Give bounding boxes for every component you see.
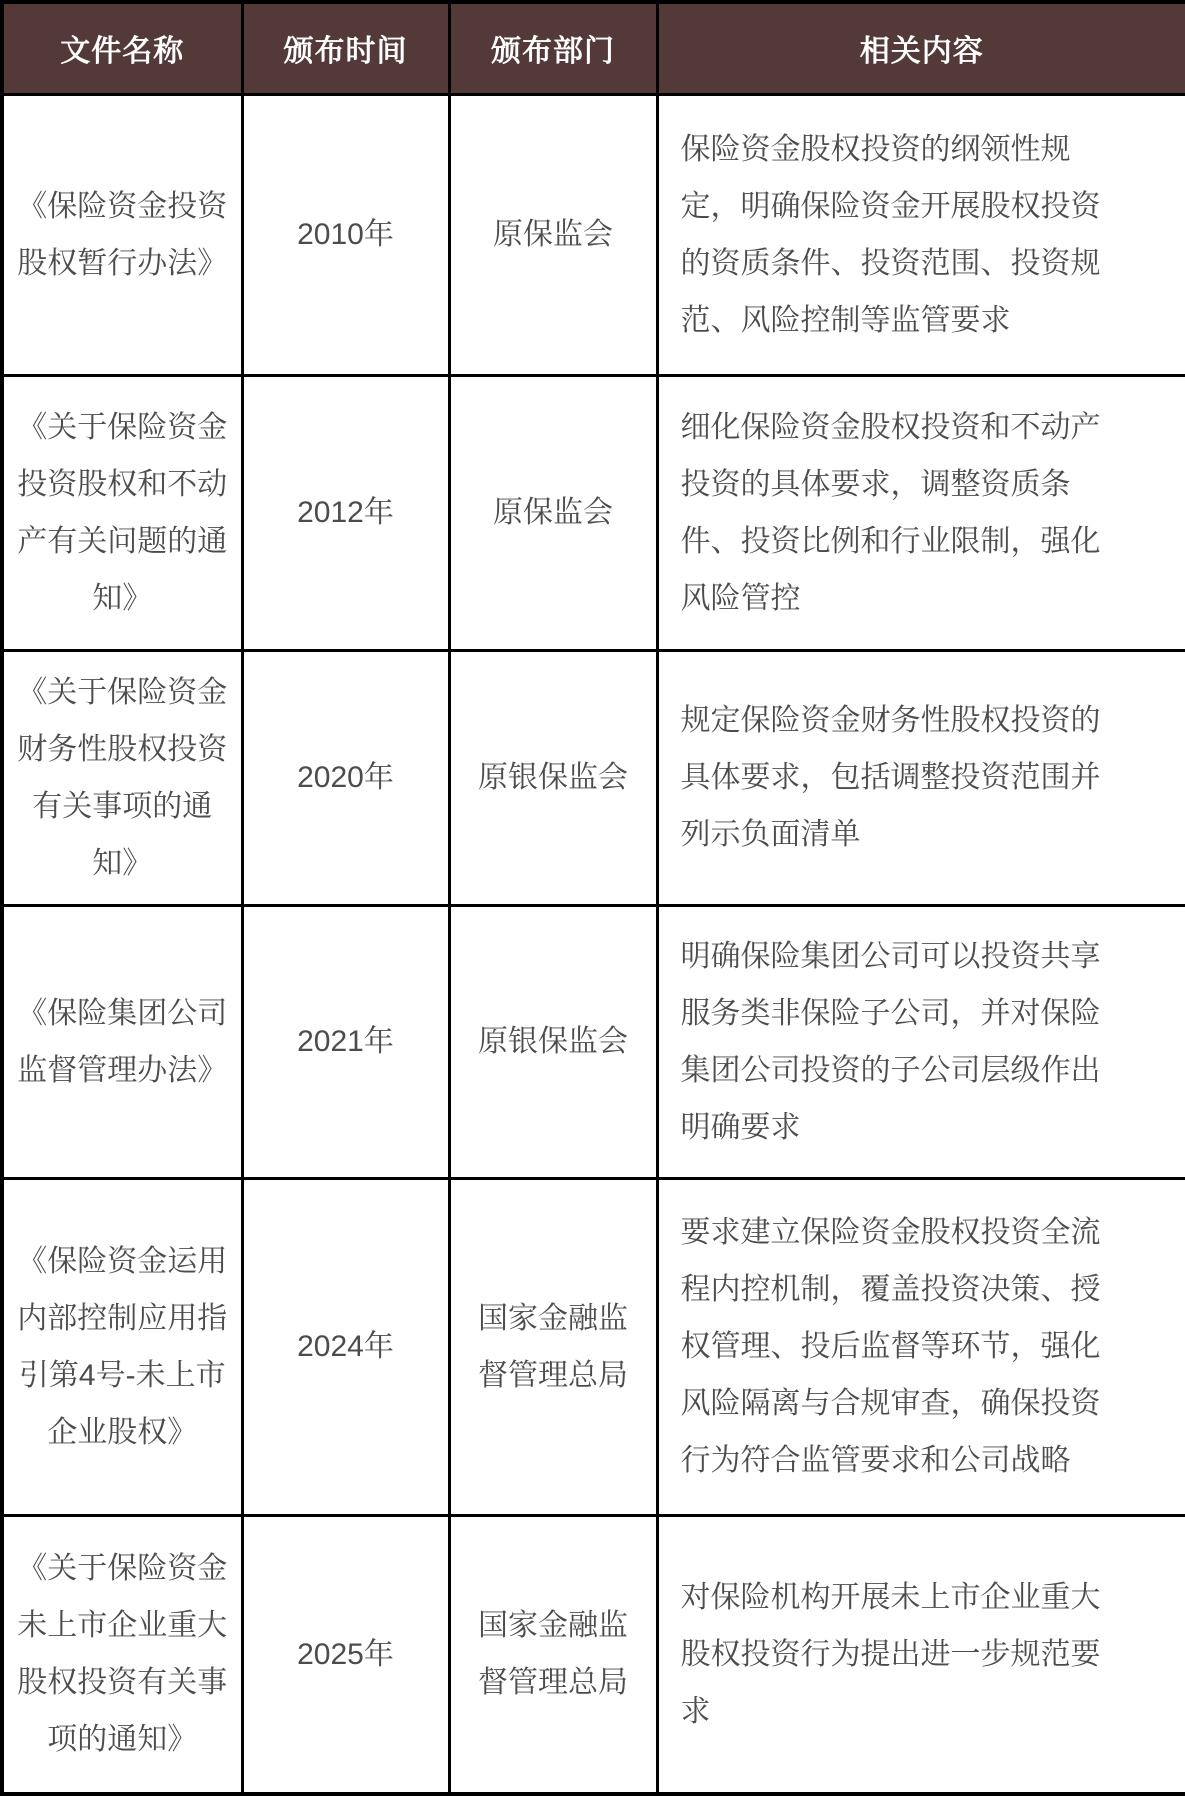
publish-year-cell: 2025年	[242, 1515, 449, 1794]
column-header-related-content: 相关内容	[657, 2, 1185, 94]
column-header-document-name: 文件名称	[2, 2, 242, 94]
publish-year-cell: 2010年	[242, 94, 449, 375]
department-cell: 原银保监会	[449, 905, 657, 1178]
department-cell: 国家金融监督管理总局	[449, 1515, 657, 1794]
department-cell: 原银保监会	[449, 650, 657, 905]
publish-year-cell: 2024年	[242, 1178, 449, 1515]
doc-name-cell: 《保险集团公司监督管理办法》	[2, 905, 242, 1178]
publish-year-cell: 2021年	[242, 905, 449, 1178]
content-cell: 明确保险集团公司可以投资共享服务类非保险子公司，并对保险集团公司投资的子公司层级…	[657, 905, 1185, 1178]
column-header-publish-department: 颁布部门	[449, 2, 657, 94]
table-row: 《关于保险资金投资股权和不动产有关问题的通知》 2012年 原保监会 细化保险资…	[2, 375, 1185, 650]
table-row: 《保险集团公司监督管理办法》 2021年 原银保监会 明确保险集团公司可以投资共…	[2, 905, 1185, 1178]
content-cell: 规定保险资金财务性股权投资的具体要求，包括调整投资范围并列示负面清单	[657, 650, 1185, 905]
table-row: 《关于保险资金未上市企业重大股权投资有关事项的通知》 2025年 国家金融监督管…	[2, 1515, 1185, 1794]
publish-year-cell: 2012年	[242, 375, 449, 650]
table-row: 《保险资金运用内部控制应用指引第4号-未上市企业股权》 2024年 国家金融监督…	[2, 1178, 1185, 1515]
content-cell: 要求建立保险资金股权投资全流程内控机制，覆盖投资决策、授权管理、投后监督等环节，…	[657, 1178, 1185, 1515]
department-cell: 国家金融监督管理总局	[449, 1178, 657, 1515]
doc-name-cell: 《关于保险资金财务性股权投资有关事项的通知》	[2, 650, 242, 905]
table-row: 《保险资金投资股权暂行办法》 2010年 原保监会 保险资金股权投资的纲领性规定…	[2, 94, 1185, 375]
doc-name-cell: 《保险资金运用内部控制应用指引第4号-未上市企业股权》	[2, 1178, 242, 1515]
doc-name-cell: 《关于保险资金未上市企业重大股权投资有关事项的通知》	[2, 1515, 242, 1794]
department-cell: 原保监会	[449, 375, 657, 650]
regulation-table: 文件名称 颁布时间 颁布部门 相关内容 《保险资金投资股权暂行办法》 2010年…	[0, 0, 1185, 1796]
publish-year-cell: 2020年	[242, 650, 449, 905]
department-cell: 原保监会	[449, 94, 657, 375]
content-cell: 保险资金股权投资的纲领性规定，明确保险资金开展股权投资的资质条件、投资范围、投资…	[657, 94, 1185, 375]
table-row: 《关于保险资金财务性股权投资有关事项的通知》 2020年 原银保监会 规定保险资…	[2, 650, 1185, 905]
doc-name-cell: 《关于保险资金投资股权和不动产有关问题的通知》	[2, 375, 242, 650]
content-cell: 细化保险资金股权投资和不动产投资的具体要求，调整资质条件、投资比例和行业限制，强…	[657, 375, 1185, 650]
doc-name-cell: 《保险资金投资股权暂行办法》	[2, 94, 242, 375]
column-header-publish-year: 颁布时间	[242, 2, 449, 94]
header-row: 文件名称 颁布时间 颁布部门 相关内容	[2, 2, 1185, 94]
content-cell: 对保险机构开展未上市企业重大股权投资行为提出进一步规范要求	[657, 1515, 1185, 1794]
